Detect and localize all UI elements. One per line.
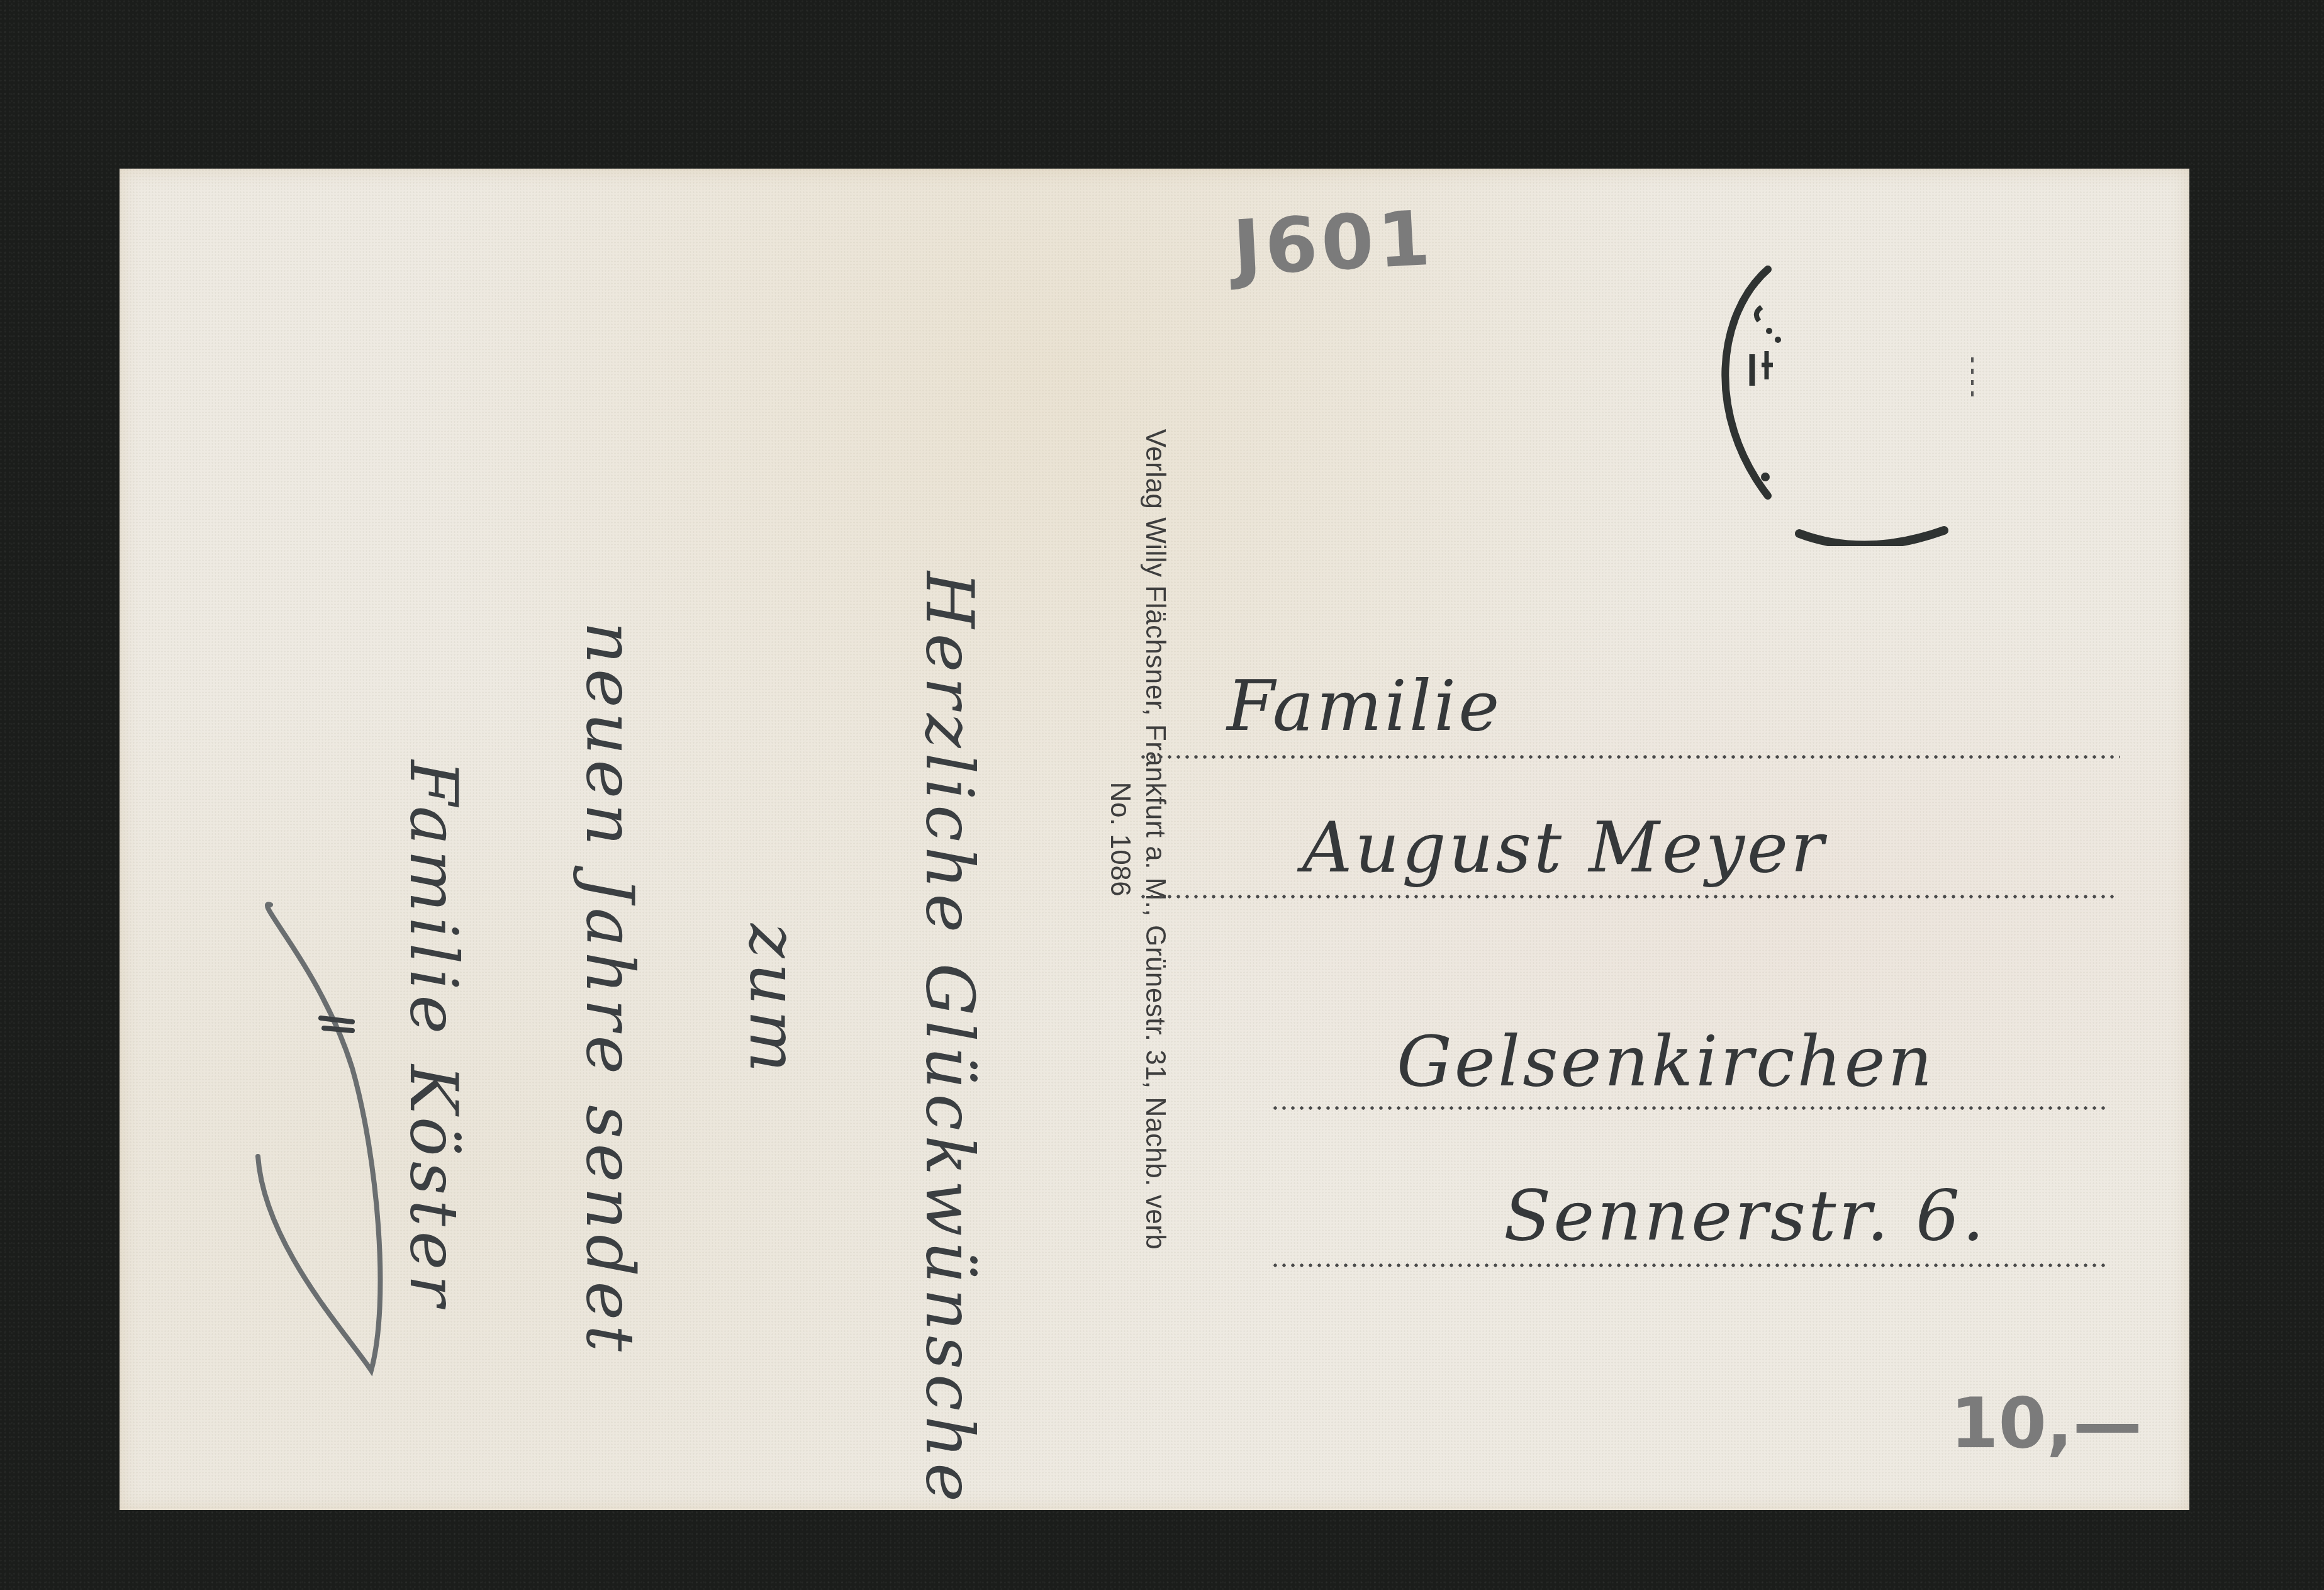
address-city: Gelsenkirchen [1397,1021,1935,1102]
message-line-1: Herzliche Glückwünsche [911,571,988,1507]
postmark-icon [1692,257,1982,546]
address-street: Sennerstr. 6. [1504,1175,1987,1256]
message-line-2: zum [735,924,812,1077]
publisher-line: Verlag Willy Flächsner, Frankfurt a. M.,… [1137,273,1173,1406]
postcard: J601 Verlag Willy Flächsner, Frankfurt a… [120,169,2189,1510]
address-line-4 [1271,1263,2108,1267]
price-mark: 10,— [1950,1383,2142,1464]
closing-flourish-icon [245,892,422,1458]
address-line-3 [1271,1106,2108,1110]
address-salutation: Familie [1227,666,1502,746]
address-line-1 [1139,755,2120,759]
catalog-code: J601 [1231,195,1436,293]
address-name: August Meyer [1302,807,1826,888]
message-line-3: neuen Jahre sendet [571,622,648,1357]
publisher-number: No. 1086 [1102,273,1137,1406]
publisher-imprint: Verlag Willy Flächsner, Frankfurt a. M.,… [1102,273,1173,1406]
address-line-2 [1139,895,2117,899]
